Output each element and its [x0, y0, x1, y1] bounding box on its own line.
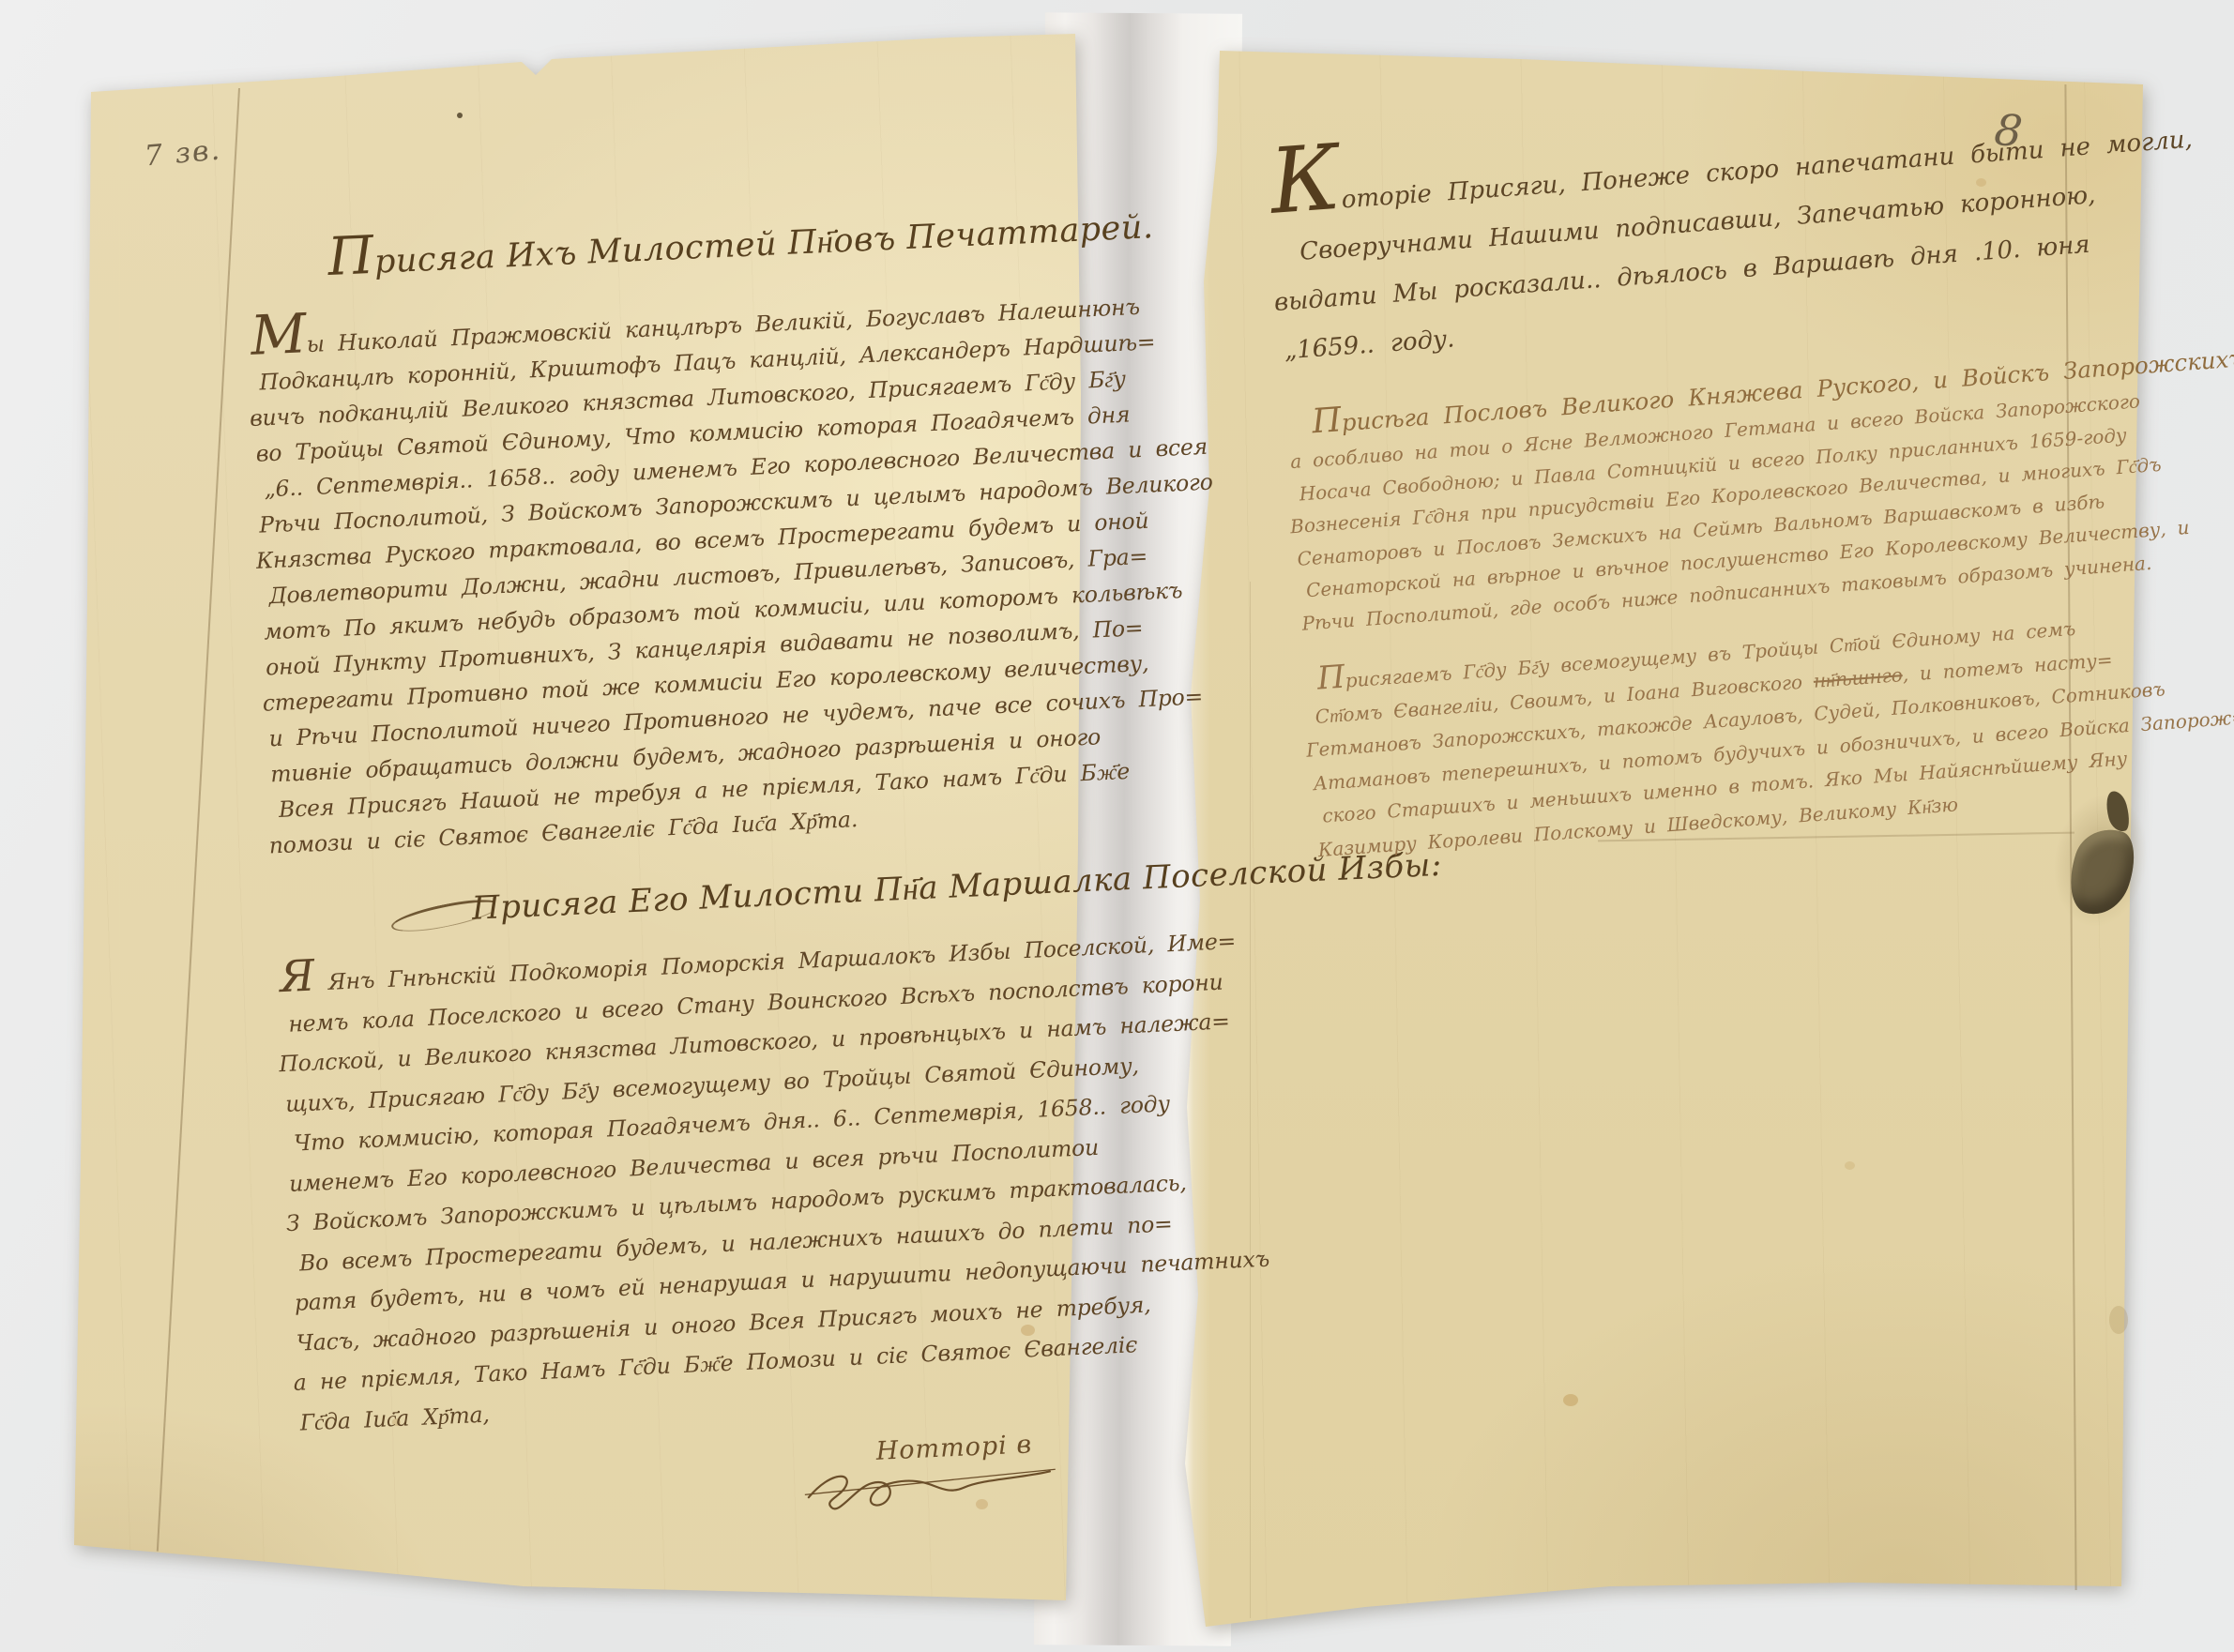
oath-heading-marshal: Присяга Его Милости Пн҃а Маршалка Поселс… [276, 863, 1059, 936]
paper-fleck [1845, 1161, 1855, 1170]
paper-fleck [2109, 1306, 2128, 1334]
paper-fleck [1563, 1394, 1578, 1406]
right-page-inner-rule [1250, 582, 1251, 1618]
manuscript-scan: 7 зв. 8 Присяга Ихъ Милостей Пн҃овъ Печа… [0, 0, 2234, 1652]
pen-swash [389, 893, 502, 937]
scribe-signature: Нотторі в [875, 1428, 1087, 1523]
left-page-text: Присяга Ихъ Милостей Пн҃овъ Печаттарей. … [246, 195, 1087, 1548]
chancellors-oath-paragraph: Мы Николай Пражмовскій канцлѣръ Великій,… [250, 282, 1056, 863]
struck-out-word: нн҃ѣшнго [1813, 663, 1903, 692]
folio-number-left: 7 зв. [144, 133, 223, 173]
signature-flourish [803, 1453, 1087, 1526]
paper-fleck [457, 113, 463, 118]
right-page-text: Которіе Присяги, Понеже скоро напечатани… [1269, 97, 2166, 867]
marshal-oath-paragraph: Я Янъ Гнѣнскій Подкоморія Поморскія Марш… [279, 921, 1083, 1442]
